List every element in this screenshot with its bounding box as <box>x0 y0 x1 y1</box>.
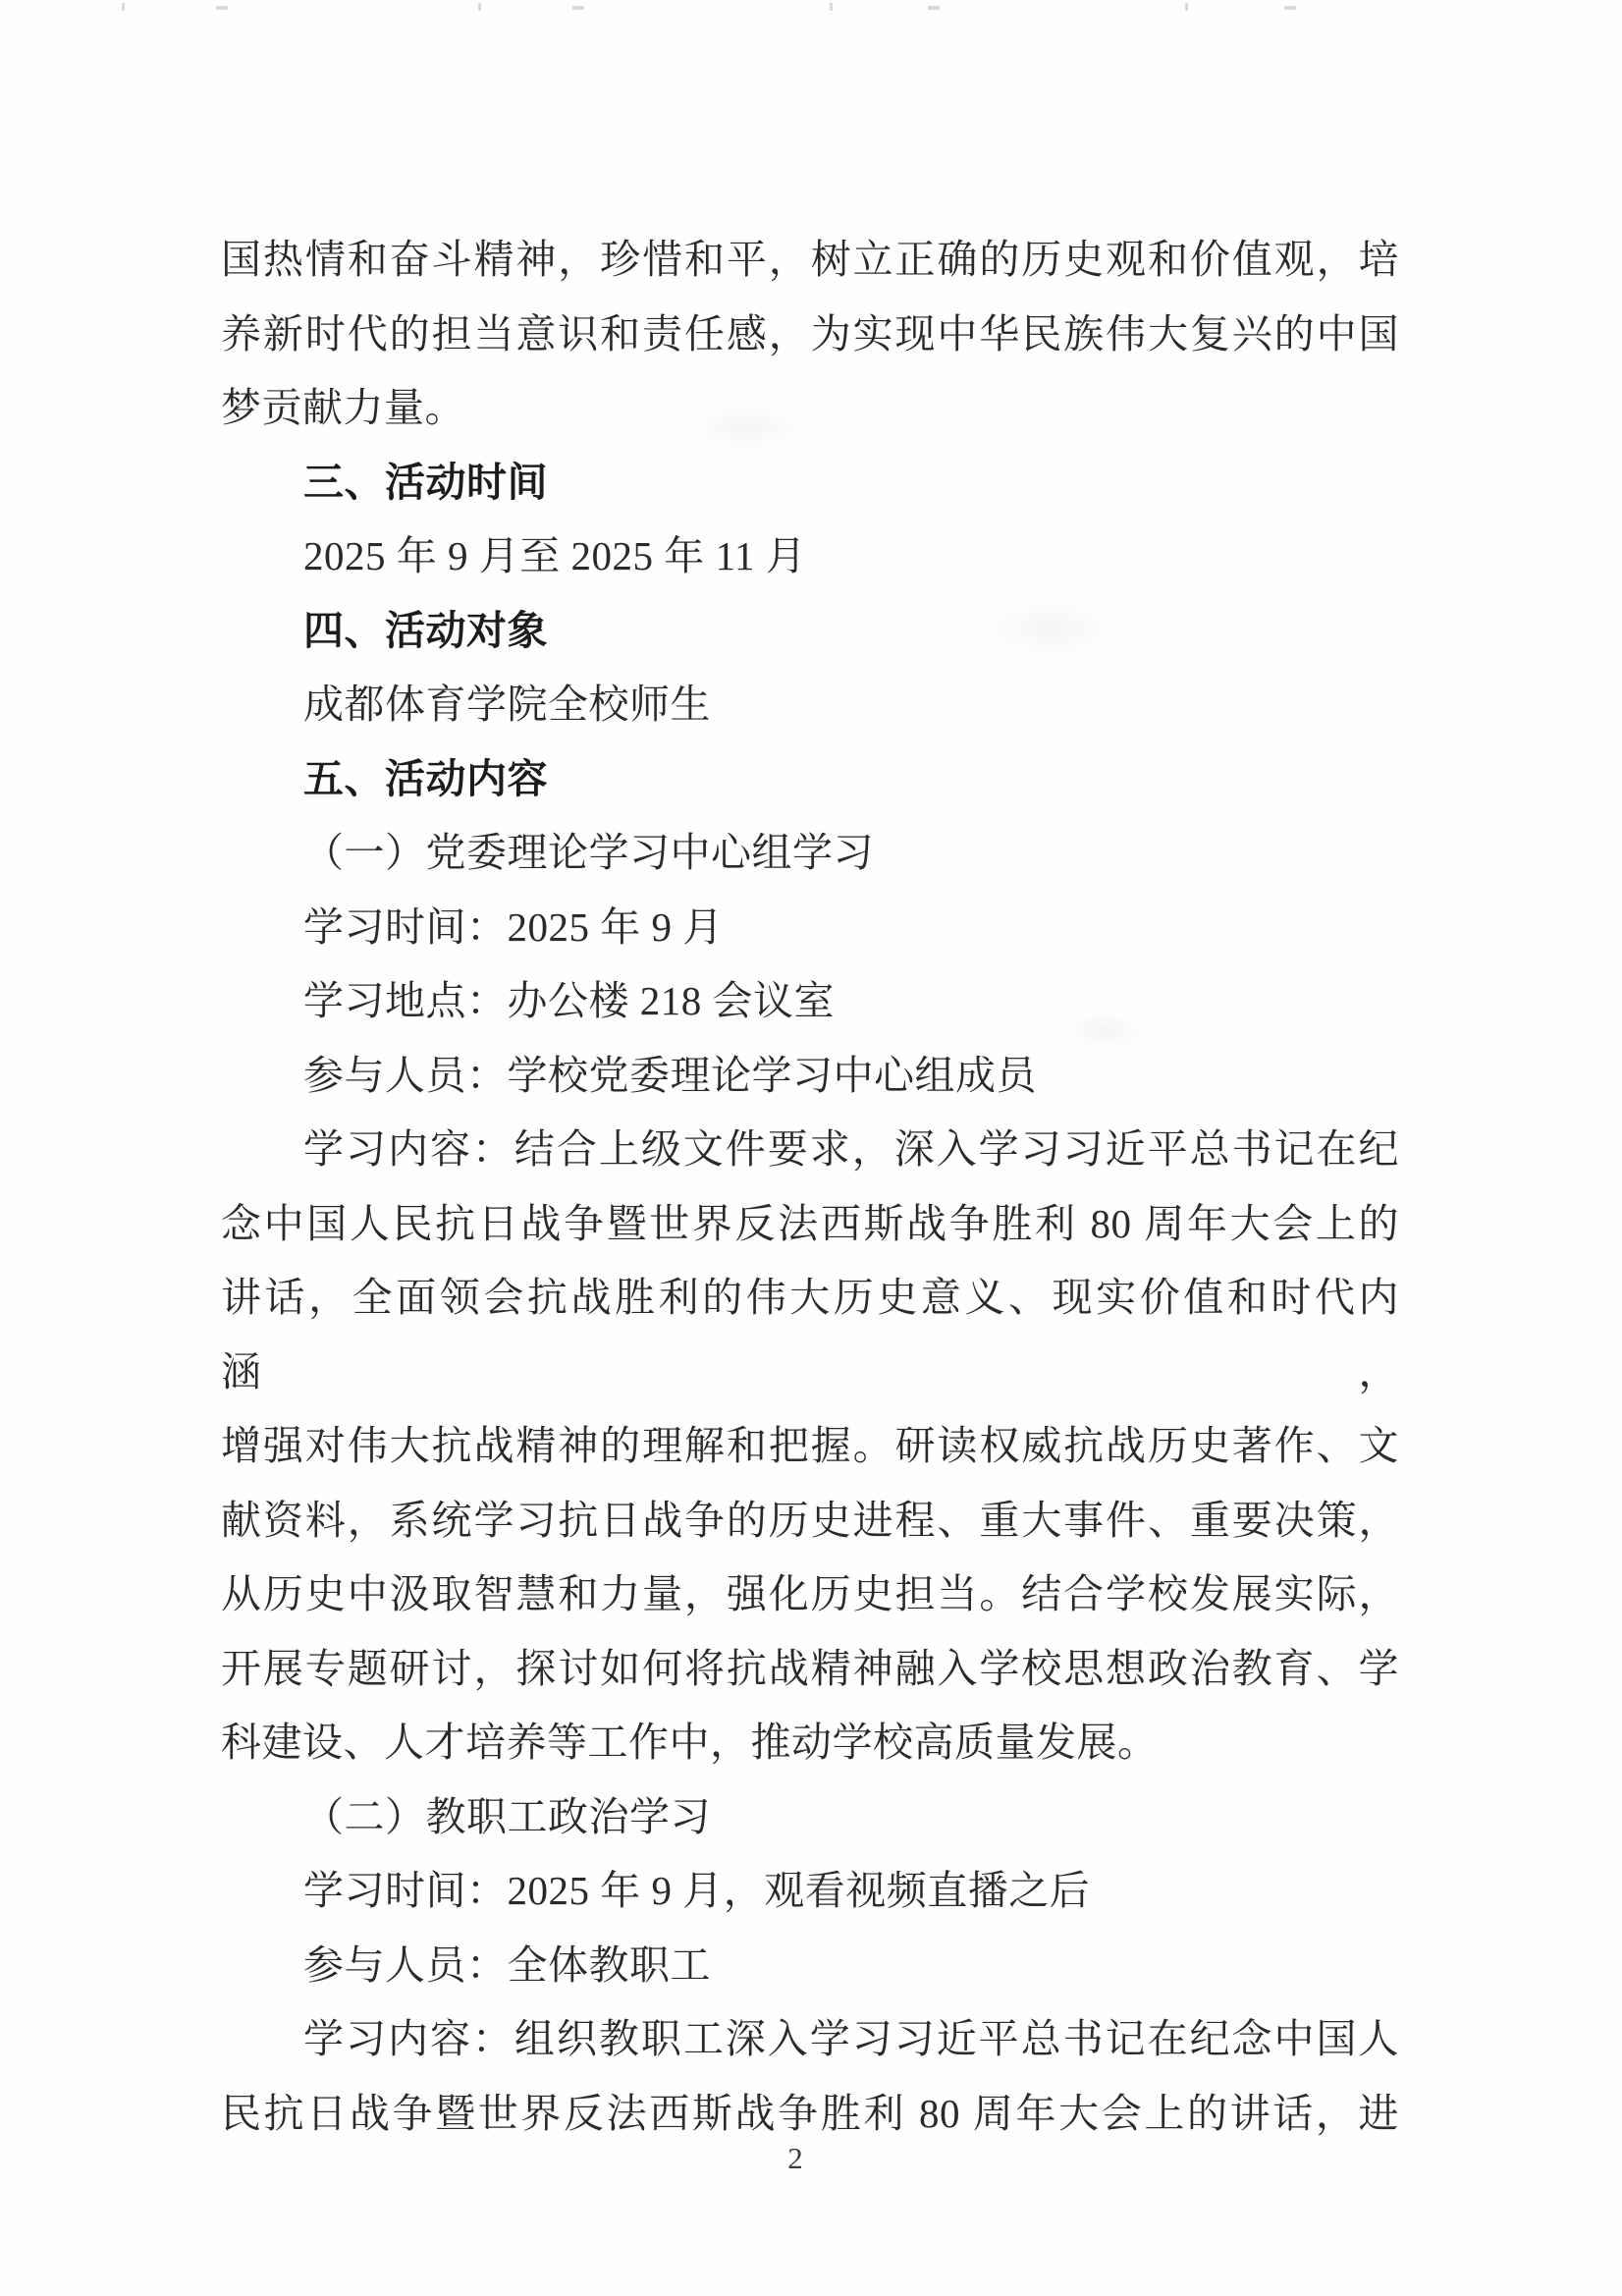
body-line: 增强对伟大抗战精神的理解和把握。研读权威抗战历史著作、文 <box>221 1409 1399 1484</box>
subsection-heading: （二）教职工政治学习 <box>221 1780 1399 1855</box>
subsection-heading: （一）党委理论学习中心组学习 <box>221 816 1399 891</box>
body-line: 开展专题研讨，探讨如何将抗战精神融入学校思想政治教育、学 <box>221 1632 1399 1707</box>
body-line: 成都体育学院全校师生 <box>221 668 1399 742</box>
scan-speck <box>1284 6 1296 10</box>
body-line: 学习内容：结合上级文件要求，深入学习习近平总书记在纪 <box>221 1113 1399 1187</box>
body-line: 养新时代的担当意识和责任感，为实现中华民族伟大复兴的中国 <box>221 298 1399 372</box>
body-line: 2025 年 9 月至 2025 年 11 月 <box>221 519 1399 594</box>
scanned-document-page: 国热情和奋斗精神，珍惜和平，树立正确的历史观和价值观，培 养新时代的担当意识和责… <box>0 0 1622 2296</box>
section-heading: 五、活动内容 <box>221 742 1399 817</box>
body-line: 学习时间：2025 年 9 月，观看视频直播之后 <box>221 1854 1399 1929</box>
body-line: 国热情和奋斗精神，珍惜和平，树立正确的历史观和价值观，培 <box>221 223 1399 298</box>
body-line: 梦贡献力量。 <box>221 371 1399 446</box>
document-body: 国热情和奋斗精神，珍惜和平，树立正确的历史观和价值观，培 养新时代的担当意识和责… <box>221 223 1399 2151</box>
scan-speck <box>572 6 584 10</box>
body-line: 献资料，系统学习抗日战争的历史进程、重大事件、重要决策， <box>221 1484 1399 1558</box>
scan-speck <box>1185 3 1188 11</box>
body-line: 学习内容：组织教职工深入学习习近平总书记在纪念中国人 <box>221 2002 1399 2077</box>
body-line: 学习时间：2025 年 9 月 <box>221 891 1399 965</box>
body-line: 参与人员：全体教职工 <box>221 1929 1399 2003</box>
body-line: 民抗日战争暨世界反法西斯战争胜利 80 周年大会上的讲话，进 <box>221 2077 1399 2152</box>
scan-speck <box>216 6 228 10</box>
page-number: 2 <box>772 2141 819 2176</box>
body-line: 科建设、人才培养等工作中，推动学校高质量发展。 <box>221 1706 1399 1780</box>
body-line: 从历史中汲取智慧和力量，强化历史担当。结合学校发展实际， <box>221 1558 1399 1632</box>
body-line: 学习地点：办公楼 218 会议室 <box>221 964 1399 1039</box>
scan-speck <box>928 6 940 10</box>
scan-speck <box>830 3 833 11</box>
scan-speck <box>478 3 481 11</box>
body-line: 讲话，全面领会抗战胜利的伟大历史意义、现实价值和时代内涵， <box>221 1261 1399 1409</box>
section-heading: 四、活动对象 <box>221 594 1399 669</box>
body-line: 念中国人民抗日战争暨世界反法西斯战争胜利 80 周年大会上的 <box>221 1187 1399 1262</box>
scan-speck <box>122 3 125 11</box>
body-line: 参与人员：学校党委理论学习中心组成员 <box>221 1039 1399 1114</box>
section-heading: 三、活动时间 <box>221 446 1399 520</box>
